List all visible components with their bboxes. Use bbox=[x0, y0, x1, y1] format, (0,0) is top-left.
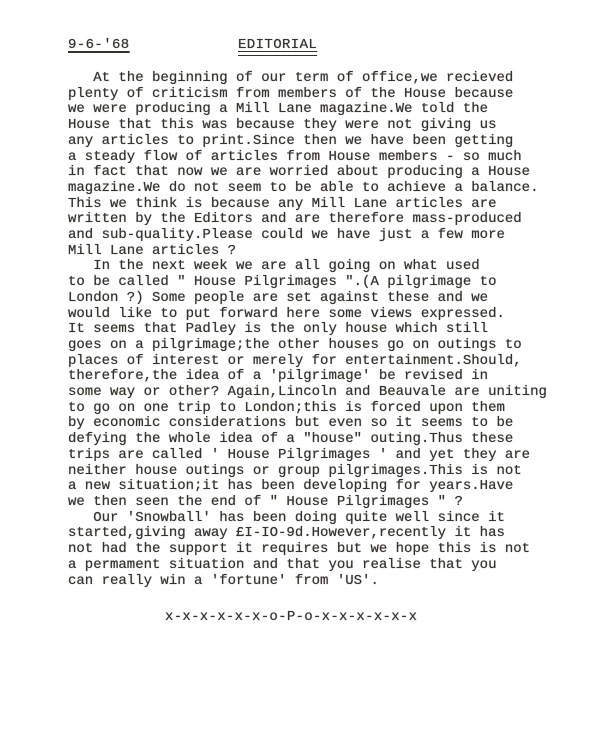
document-date: 9-6-'68 bbox=[68, 37, 130, 53]
page-title: EDITORIAL bbox=[238, 38, 317, 56]
paragraph-snowball: Our 'Snowball' has been doing quite well… bbox=[68, 511, 606, 590]
document-body: At the beginning of our term of office,w… bbox=[68, 71, 606, 589]
footer-divider: x-x-x-x-x-x-o-P-o-x-x-x-x-x-x bbox=[165, 610, 606, 626]
paragraph-house-pilgrimages: In the next week we are all going on wha… bbox=[68, 259, 606, 510]
paragraph-mill-lane: At the beginning of our term of office,w… bbox=[68, 71, 606, 259]
document-header: 9-6-'68 EDITORIAL bbox=[68, 38, 606, 54]
document-page: 9-6-'68 EDITORIAL At the beginning of ou… bbox=[0, 0, 606, 750]
